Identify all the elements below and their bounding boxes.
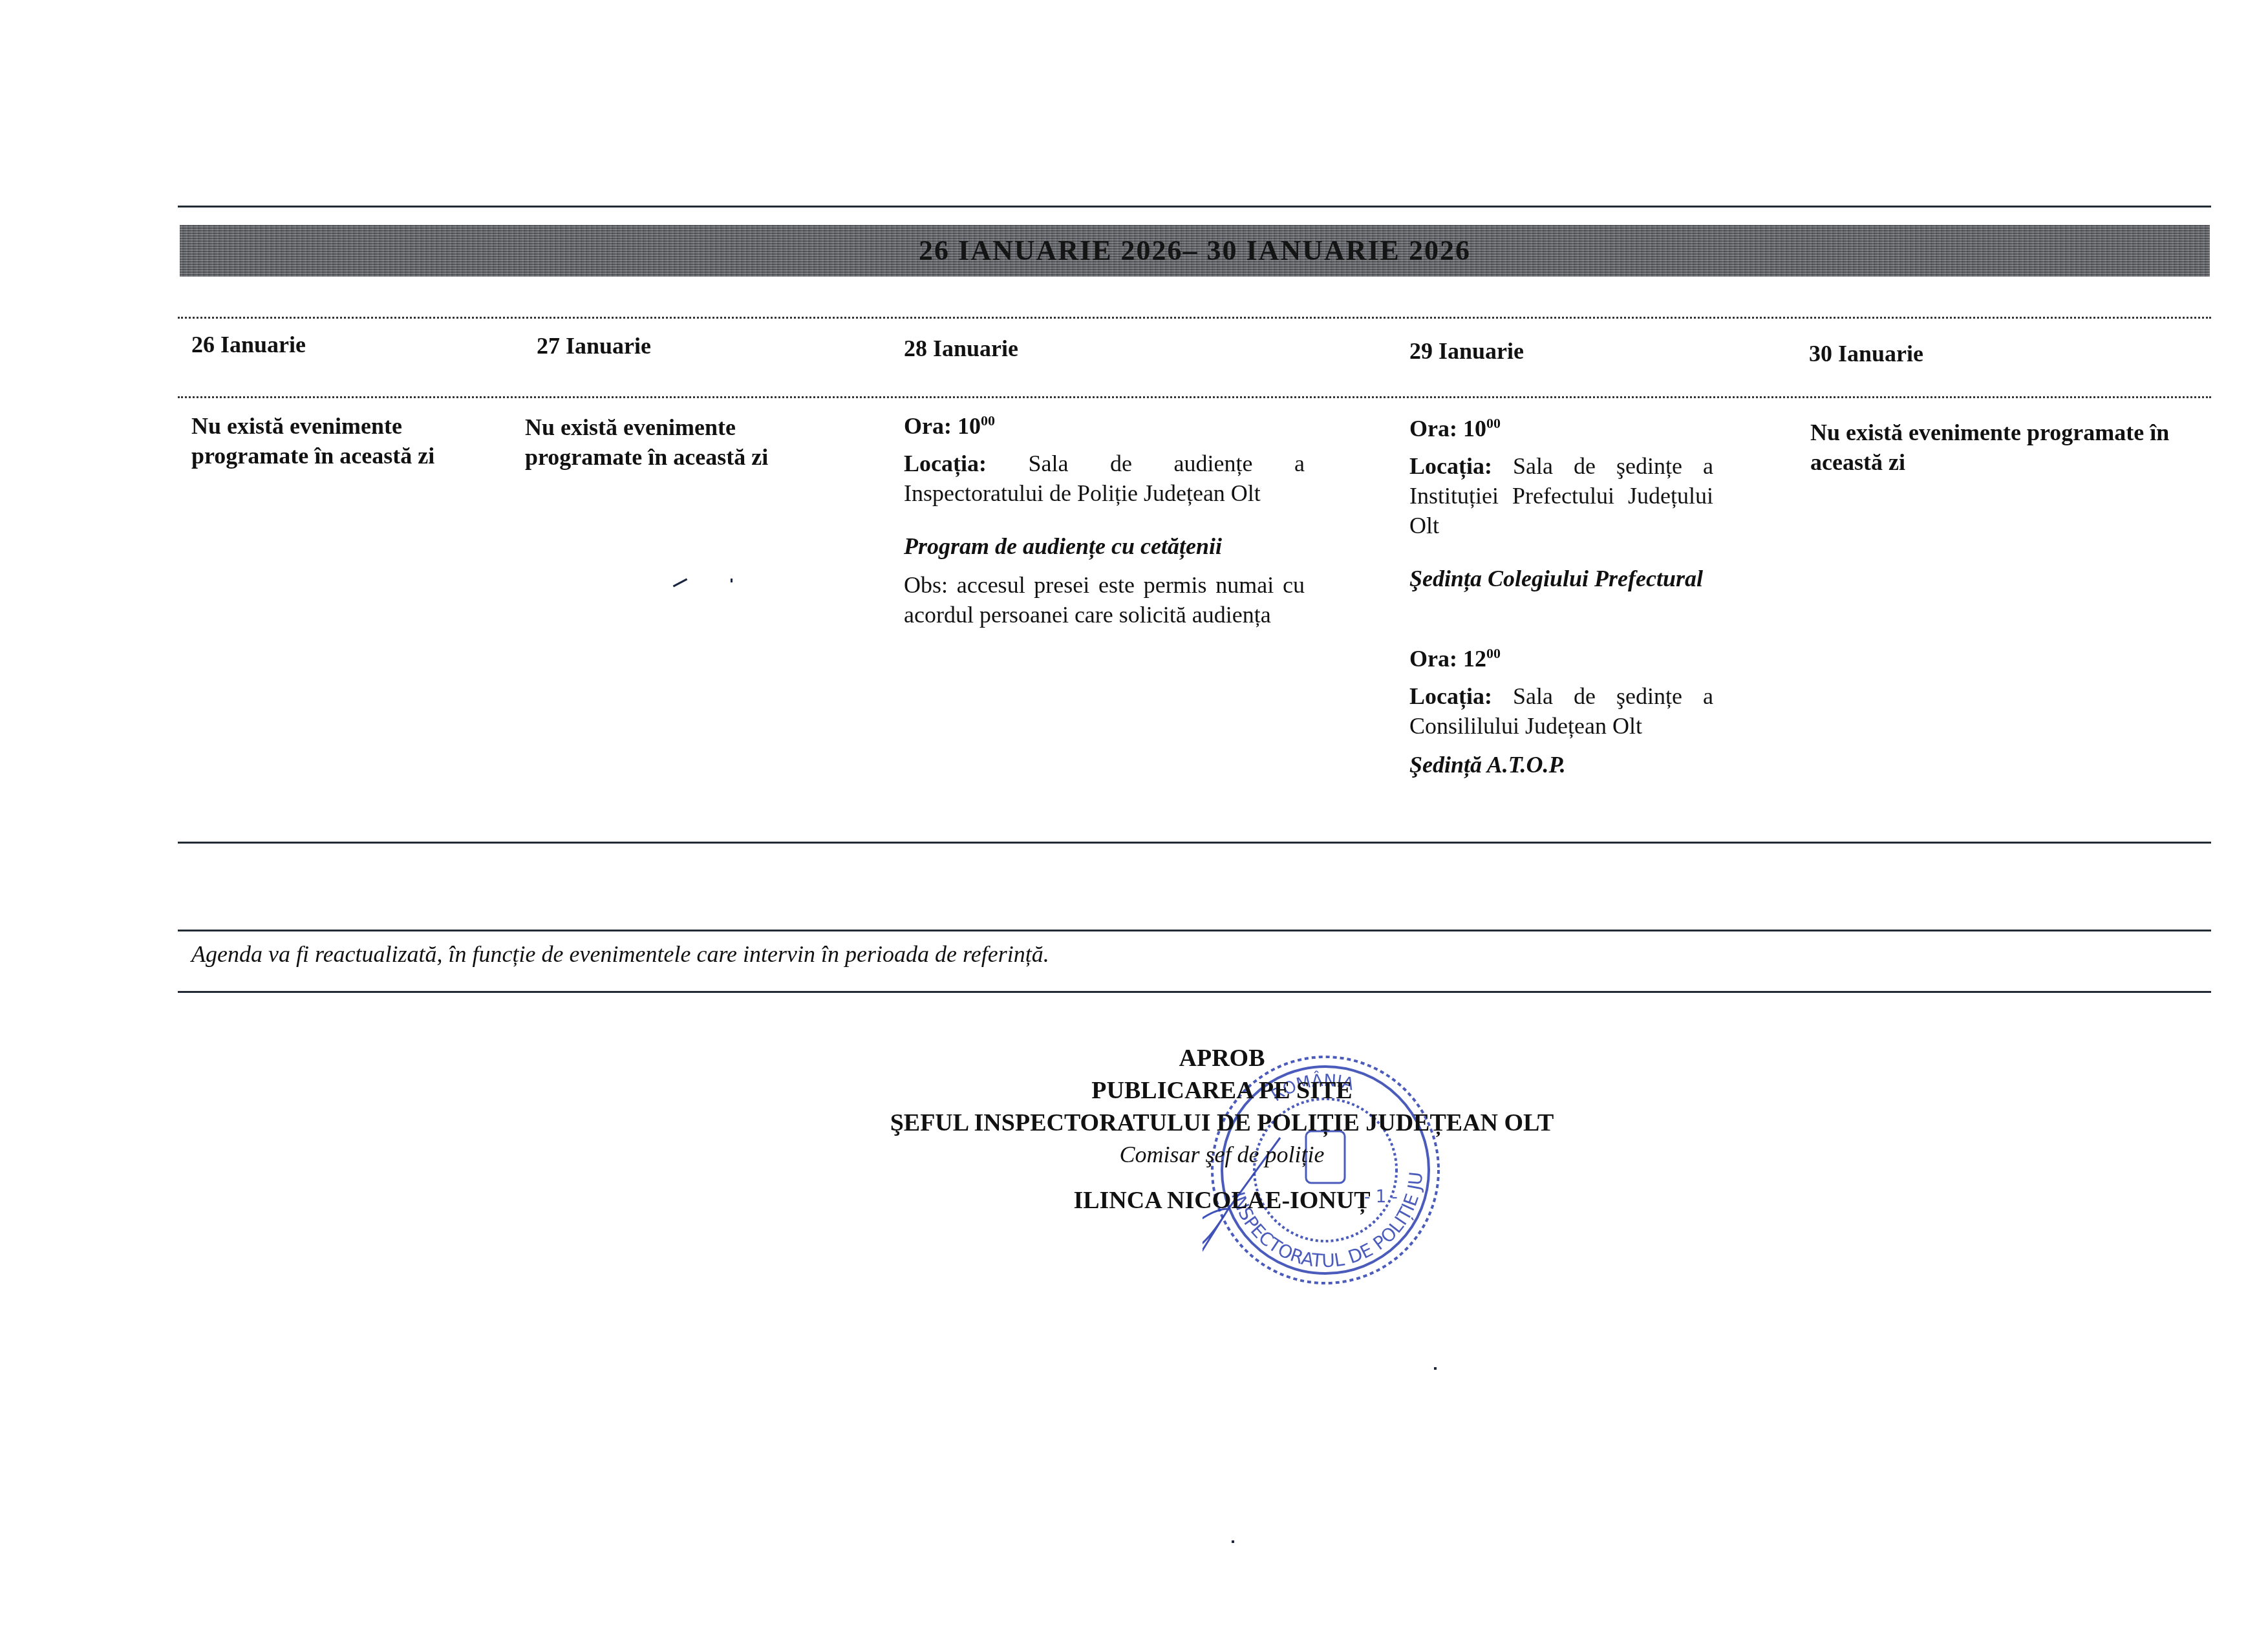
day-header-30: 30 Ianuarie [1809,340,1923,367]
event-time: Ora: 1000 [904,411,1305,441]
event-atop: Ora: 1200 Locația: Sala de şedințe a Con… [1409,644,1713,780]
footer-note: Agenda va fi reactualizată, în funcție d… [191,941,1049,968]
day-29-events: Ora: 1000 Locația: Sala de şedințe a Ins… [1409,414,1713,780]
event-location: Locația: Sala de audiențe a Inspectoratu… [904,449,1305,508]
table-bottom-rule [178,842,2211,844]
day-header-28: 28 Ianuarie [904,335,1018,362]
note-bottom-rule [178,991,2211,993]
approval-name: ILINCA NICOLAE-IONUȚ [834,1184,1610,1217]
event-time: Ora: 1200 [1409,644,1713,674]
period-header-band: 26 IANUARIE 2026– 30 IANUARIE 2026 [180,225,2210,277]
approval-line-sef: ŞEFUL INSPECTORATULUI DE POLIȚIE JUDEȚEA… [834,1107,1610,1139]
approval-line-publicare: PUBLICAREA PE SITE [834,1074,1610,1107]
day-header-29: 29 Ianuarie [1409,337,1524,365]
event-note: Obs: accesul presei este permis numai cu… [904,570,1305,630]
day-28-events: Ora: 1000 Locația: Sala de audiențe a In… [904,411,1305,630]
event-title: Şedința Colegiului Prefectural [1409,564,1713,593]
scan-speck [673,579,688,588]
day-27-no-events: Nu există evenimente programate în aceas… [525,412,822,472]
approval-rank: Comisar şef de poliție [834,1139,1610,1170]
day-header-26: 26 Ianuarie [191,331,306,358]
note-top-rule [178,930,2211,931]
approval-line-aprob: APROB [834,1042,1610,1074]
event-title: Program de audiențe cu cetățenii [904,531,1305,561]
day-30-no-events: Nu există evenimente programate în aceas… [1810,418,2198,477]
event-time: Ora: 1000 [1409,414,1713,443]
day-26-no-events: Nu există evenimente programate în aceas… [191,411,489,471]
event-audiente: Ora: 1000 Locația: Sala de audiențe a In… [904,411,1305,630]
approval-block: APROB PUBLICAREA PE SITE ŞEFUL INSPECTOR… [834,1042,1610,1217]
event-title: Şedință A.T.O.P. [1409,750,1713,780]
scan-speck [731,579,733,582]
event-location: Locația: Sala de şedințe a Instituției P… [1409,451,1713,540]
scan-speck [1434,1367,1437,1370]
header-top-rule [178,317,2211,319]
scan-speck [1232,1540,1234,1543]
event-location: Locația: Sala de şedințe a Consililului … [1409,681,1713,741]
day-header-27: 27 Ianuarie [537,332,651,359]
period-title: 26 IANUARIE 2026– 30 IANUARIE 2026 [180,234,2210,267]
event-colegiu-prefectural: Ora: 1000 Locația: Sala de şedințe a Ins… [1409,414,1713,593]
top-rule [178,206,2211,207]
header-bottom-rule [178,396,2211,398]
